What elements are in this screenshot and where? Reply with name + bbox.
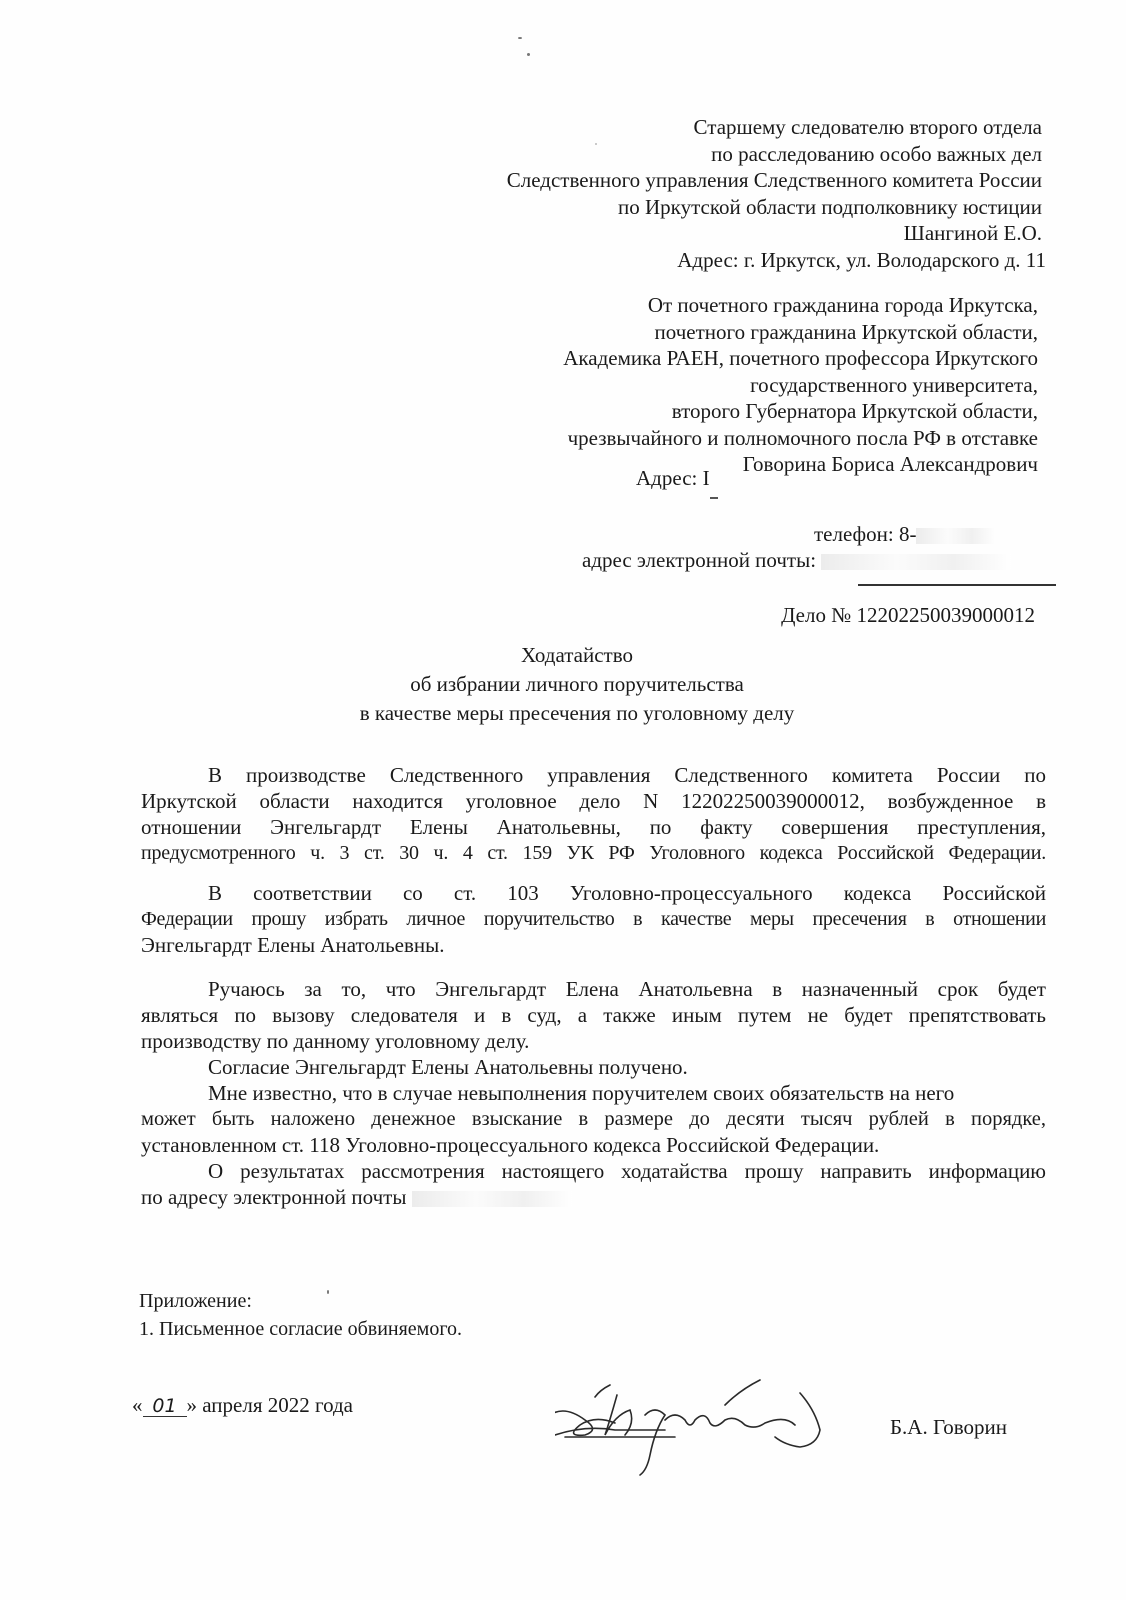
text-line: являться по вызову следователя и в суд, … — [141, 1002, 1046, 1028]
date-open-quote: « — [132, 1393, 143, 1417]
sender-line: государственного университета, — [563, 372, 1038, 399]
redacted-email — [412, 1191, 572, 1207]
addressee-line: по расследованию особо важных дел — [507, 141, 1042, 168]
text-line: Иркутской области находится уголовное де… — [141, 788, 1046, 814]
text-line: предусмотренного ч. 3 ст. 30 ч. 4 ст. 15… — [141, 840, 1046, 866]
sender-name: Говорина Бориса Александрович — [563, 451, 1038, 478]
text-line: Энгельгардт Елены Анатольевны. — [141, 932, 1046, 958]
document-title: Ходатайство об избрании личного поручите… — [0, 641, 1126, 728]
sender-phone: телефон: 8- — [814, 522, 996, 547]
date-rest: апреля 2022 года — [202, 1393, 353, 1417]
sender-line: чрезвычайного и полномочного посла РФ в … — [563, 425, 1038, 452]
document-page: Старшему следователю второго отдела по р… — [0, 0, 1126, 1600]
title-line-2: об избрании личного поручительства — [14, 670, 1126, 699]
scan-speck — [527, 53, 530, 56]
sender-line: второго Губернатора Иркутской области, — [563, 398, 1038, 425]
paragraph-liability: Мне известно, что в случае невыполнения … — [141, 1080, 1046, 1158]
scan-speck — [327, 1290, 329, 1294]
text-line: отношении Энгельгардт Елены Анатольевны,… — [141, 814, 1046, 840]
paragraph-request: В соответствии со ст. 103 Уголовно-проце… — [141, 880, 1046, 958]
sender-line: Академика РАЕН, почетного профессора Ирк… — [563, 345, 1038, 372]
text-line: О результатах рассмотрения настоящего хо… — [141, 1158, 1046, 1184]
appendix-label: Приложение: — [139, 1290, 252, 1313]
text-line: Согласие Энгельгардт Елены Анатольевны п… — [141, 1054, 1046, 1080]
paragraph-guarantee: Ручаюсь за то, что Энгельгардт Елена Ана… — [141, 976, 1046, 1054]
addressee-line: по Иркутской области подполковнику юстиц… — [507, 194, 1042, 221]
title-line-1: Ходатайство — [14, 641, 1126, 670]
email-label: адрес электронной почты: — [582, 548, 816, 572]
handwritten-signature — [555, 1375, 865, 1485]
addressee-line: Старшему следователю второго отдела — [507, 114, 1042, 141]
addressee-address: Адрес: г. Иркутск, ул. Володарского д. 1… — [507, 247, 1046, 274]
text-line: Мне известно, что в случае невыполнения … — [141, 1080, 1046, 1106]
date-day: 01 — [143, 1396, 187, 1417]
title-line-3: в качестве меры пресечения по уголовному… — [14, 699, 1126, 728]
sender-line: почетного гражданина Иркутской области, — [563, 319, 1038, 346]
text-line: по адресу электронной почты — [141, 1184, 1046, 1210]
addressee-block: Старшему следователю второго отдела по р… — [507, 114, 1042, 273]
redaction-mark — [710, 497, 718, 499]
paragraph-notification: О результатах рассмотрения настоящего хо… — [141, 1158, 1046, 1210]
scan-speck — [518, 37, 522, 39]
sender-block: От почетного гражданина города Иркутска,… — [563, 292, 1038, 478]
text-line: В производстве Следственного управления … — [141, 762, 1046, 788]
paragraph-consent: Согласие Энгельгардт Елены Анатольевны п… — [141, 1054, 1046, 1080]
redacted-phone — [916, 528, 996, 544]
email-underline — [858, 584, 1056, 586]
appendix-item: 1. Письменное согласие обвиняемого. — [139, 1318, 462, 1341]
case-number: Дело № 12202250039000012 — [781, 603, 1035, 628]
addressee-line: Шангиной Е.О. — [507, 220, 1042, 247]
sender-address-label: Адрес: I — [636, 466, 710, 491]
date-close-quote: » — [187, 1393, 198, 1417]
text-line: Ручаюсь за то, что Энгельгардт Елена Ана… — [141, 976, 1046, 1002]
paragraph-case-info: В производстве Следственного управления … — [141, 762, 1046, 866]
email-request-text: по адресу электронной почты — [141, 1185, 406, 1209]
text-line: В соответствии со ст. 103 Уголовно-проце… — [141, 880, 1046, 906]
text-line: может быть наложено денежное взыскание в… — [141, 1106, 1046, 1132]
sender-line: От почетного гражданина города Иркутска, — [563, 292, 1038, 319]
text-line: Федерации прошу избрать личное поручител… — [141, 906, 1046, 932]
document-date: «01» апреля 2022 года — [132, 1393, 353, 1418]
text-line: установленном ст. 118 Уголовно-процессуа… — [141, 1132, 1046, 1158]
signatory-name: Б.А. Говорин — [890, 1415, 1007, 1440]
text-line: производству по данному уголовному делу. — [141, 1028, 1046, 1054]
redacted-email — [821, 554, 1011, 570]
sender-email: адрес электронной почты: — [582, 548, 1011, 573]
phone-label: телефон: 8- — [814, 522, 916, 546]
addressee-line: Следственного управления Следственного к… — [507, 167, 1042, 194]
